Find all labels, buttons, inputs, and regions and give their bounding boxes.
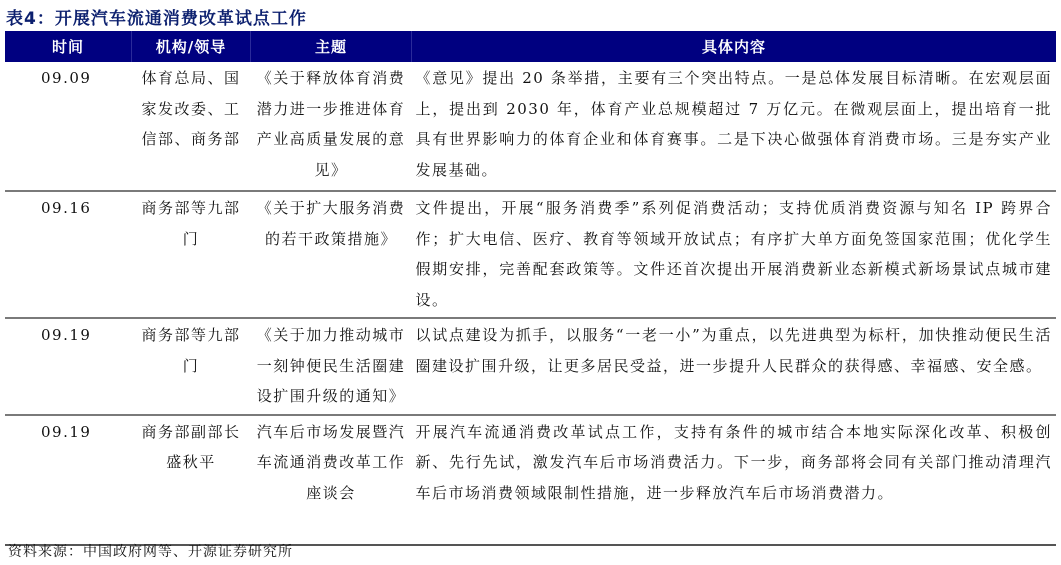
table-row: 09.19 商务部副部长盛秋平 汽车后市场发展暨汽车流通消费改革工作座谈会 开展… [5, 415, 1056, 545]
cell-content: 文件提出，开展“服务消费季”系列促消费活动；支持优质消费资源与知名 IP 跨界合… [412, 191, 1057, 318]
header-topic: 主题 [251, 31, 412, 62]
table-row: 09.09 体育总局、国家发改委、工信部、商务部 《关于释放体育消费潜力进一步推… [5, 62, 1056, 191]
table-row: 09.16 商务部等九部门 《关于扩大服务消费的若干政策措施》 文件提出，开展“… [5, 191, 1056, 318]
cell-content: 《意见》提出 20 条举措，主要有三个突出特点。一是总体发展目标清晰。在宏观层面… [412, 62, 1057, 191]
cell-org: 商务部等九部门 [132, 318, 251, 415]
source-note: 资料来源：中国政府网等、开源证券研究所 [8, 541, 293, 561]
cell-topic: 汽车后市场发展暨汽车流通消费改革工作座谈会 [251, 415, 412, 545]
table-header-row: 时间 机构/领导 主题 具体内容 [5, 31, 1056, 62]
cell-time: 09.19 [5, 415, 132, 545]
header-time: 时间 [5, 31, 132, 62]
cell-content: 以试点建设为抓手，以服务“一老一小”为重点，以先进典型为标杆，加快推动便民生活圈… [412, 318, 1057, 415]
cell-org: 体育总局、国家发改委、工信部、商务部 [132, 62, 251, 191]
cell-org: 商务部等九部门 [132, 191, 251, 318]
cell-time: 09.16 [5, 191, 132, 318]
policy-table: 时间 机构/领导 主题 具体内容 09.09 体育总局、国家发改委、工信部、商务… [5, 31, 1056, 546]
cell-topic: 《关于加力推动城市一刻钟便民生活圈建设扩围升级的通知》 [251, 318, 412, 415]
cell-topic: 《关于释放体育消费潜力进一步推进体育产业高质量发展的意见》 [251, 62, 412, 191]
header-content: 具体内容 [412, 31, 1057, 62]
table-title: 表4：开展汽车流通消费改革试点工作 [6, 4, 307, 29]
cell-time: 09.09 [5, 62, 132, 191]
cell-content: 开展汽车流通消费改革试点工作，支持有条件的城市结合本地实际深化改革、积极创新、先… [412, 415, 1057, 545]
header-org: 机构/领导 [132, 31, 251, 62]
cell-time: 09.19 [5, 318, 132, 415]
cell-topic: 《关于扩大服务消费的若干政策措施》 [251, 191, 412, 318]
table-row: 09.19 商务部等九部门 《关于加力推动城市一刻钟便民生活圈建设扩围升级的通知… [5, 318, 1056, 415]
cell-org: 商务部副部长盛秋平 [132, 415, 251, 545]
